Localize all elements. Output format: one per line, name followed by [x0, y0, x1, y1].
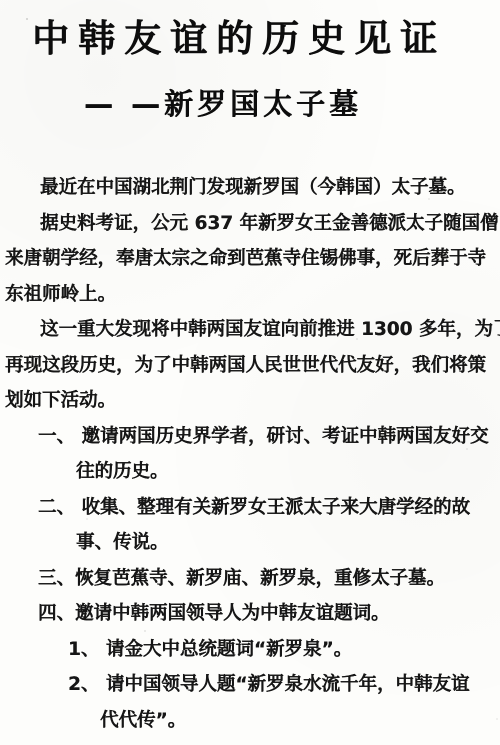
document-title: 中韩友谊的历史见证: [0, 8, 489, 62]
sub-list-item-continuation: 代代传”。: [0, 703, 500, 739]
text-line: 再现这段历史，为了中韩两国人民世世代代友好，我们将策: [0, 348, 500, 384]
list-item: 一、 邀请两国历史界学者，研讨、考证中韩两国友好交: [0, 419, 500, 455]
document-page: 中韩友谊的历史见证 — —新罗国太子墓 最近在中国湖北荆门发现新罗国（今韩国）太…: [0, 0, 500, 745]
sub-list-item: 2、 请中国领导人题“新罗泉水流千年，中韩友谊: [0, 667, 500, 703]
text-line: 这一重大发现将中韩两国友谊向前推进 1300 多年，为了: [0, 312, 500, 348]
text-line: 据史料考证，公元 637 年新罗女王金善德派太子随国僧: [0, 206, 500, 242]
text-line: 东祖师岭上。: [0, 277, 500, 313]
list-item-continuation: 事、传说。: [0, 525, 500, 561]
list-item: 二、 收集、整理有关新罗女王派太子来大唐学经的故: [0, 490, 500, 526]
text-line: 来唐朝学经，奉唐太宗之命到芭蕉寺住锡佛事，死后葬于寺: [0, 241, 500, 277]
document-subtitle: — —新罗国太子墓: [0, 82, 473, 123]
sub-list-item: 1、 请金大中总统题词“新罗泉”。: [0, 632, 500, 668]
list-item: 四、邀请中韩两国领导人为中韩友谊题词。: [0, 596, 500, 632]
document-body: 最近在中国湖北荆门发现新罗国（今韩国）太子墓。 据史料考证，公元 637 年新罗…: [0, 170, 500, 738]
list-item: 三、恢复芭蕉寺、新罗庙、新罗泉，重修太子墓。: [0, 561, 500, 597]
text-line: 划如下活动。: [0, 383, 500, 419]
list-item-continuation: 往的历史。: [0, 454, 500, 490]
text-line: 最近在中国湖北荆门发现新罗国（今韩国）太子墓。: [0, 170, 500, 206]
